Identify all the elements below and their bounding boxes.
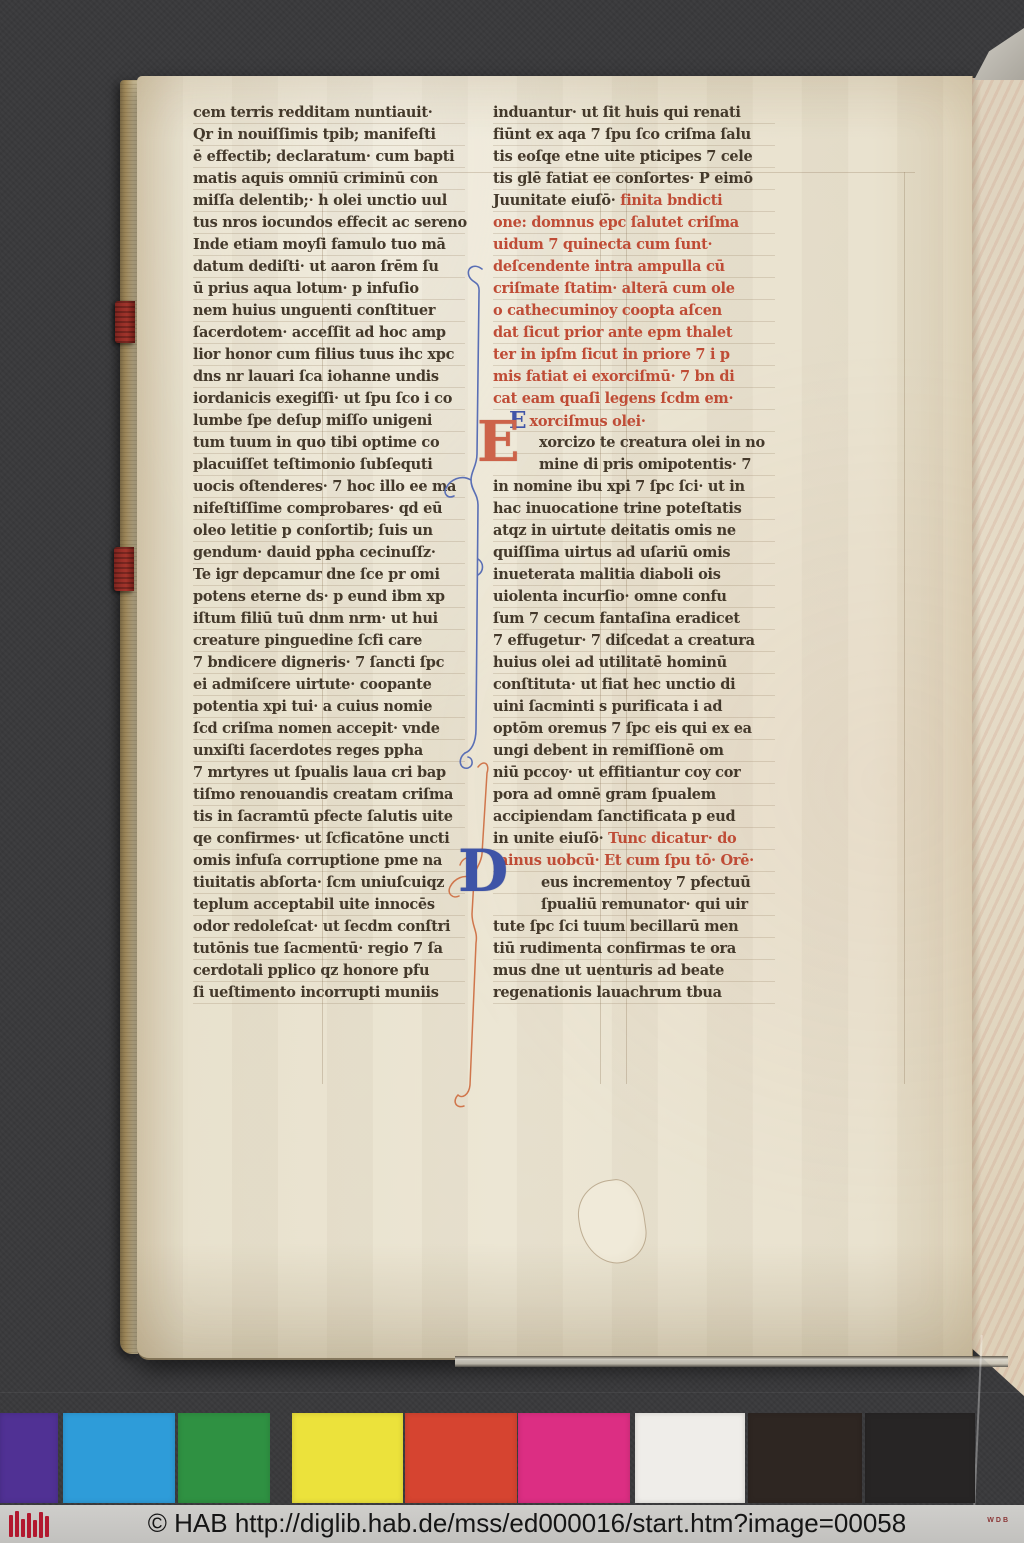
hab-logo-bar <box>33 1520 37 1537</box>
manuscript-text-line: Juunitate eiuſō· finita bndicti <box>493 190 775 212</box>
manuscript-text-segment: ſi ueſtimento incorrupti muniis <box>193 984 439 1001</box>
manuscript-text-segment: fiūnt ex aqa 7 ſpu ſco criſma ſalu <box>493 126 751 143</box>
manuscript-text-segment: induantur· ut ſit huis qui renati <box>493 104 741 121</box>
manuscript-text-segment: tis eoſqe etne uite pticipes 7 cele <box>493 148 752 165</box>
manuscript-text-segment: 7 bndicere digneris· 7 ſancti ſpc <box>193 654 444 671</box>
manuscript-text-segment: ū prius aqua lotum· p infuſio <box>193 280 419 297</box>
manuscript-text-segment: odor redoleſcat· ut ſecdm conſtri <box>193 918 450 935</box>
manuscript-text-line: tis in ſacramtū pfecte ſalutis uite <box>193 806 465 828</box>
glass-edge-seam-horizontal <box>0 1392 1024 1393</box>
manuscript-text-line: lior honor cum filius tuus ihc xpc <box>193 344 465 366</box>
manuscript-text-line: odor redoleſcat· ut ſecdm conſtri <box>193 916 465 938</box>
color-swatch-blue <box>63 1413 175 1503</box>
manuscript-text-line: iſtum filiū tuū dnm nrm· ut hui <box>193 608 465 630</box>
manuscript-text-segment: ſpualiū remunator· qui uir <box>541 896 748 913</box>
manuscript-text-segment: datum dediſti· ut aaron ſrēm ſu <box>193 258 439 275</box>
book-fore-edge <box>972 78 1024 1396</box>
manuscript-text-segment: ſcd criſma nomen accepit· vnde <box>193 720 440 737</box>
manuscript-text-line: induantur· ut ſit huis qui renati <box>493 102 775 124</box>
manuscript-text-line: ſacerdotem· acceſſit ad hoc amp <box>193 322 465 344</box>
manuscript-text-segment: one: domnus epc ſalutet criſma <box>493 214 739 231</box>
color-swatch-yellow <box>292 1413 403 1503</box>
color-swatch-white <box>635 1413 745 1503</box>
color-calibration-bar <box>0 1413 1024 1505</box>
color-swatch-red <box>405 1413 517 1503</box>
manuscript-text-segment: iordanicis exegiſſi· ut ſpu ſco i co <box>193 390 452 407</box>
manuscript-text-line: tiuitatis abſorta· ſcm uniuſcuiqz <box>193 872 465 894</box>
color-swatch-magenta <box>518 1413 630 1503</box>
hab-logo-icon <box>9 1511 51 1539</box>
manuscript-text-line: tis glē fatiat ee conſortes· P eimō <box>493 168 775 190</box>
manuscript-text-segment: 7 mrtyres ut ſpualis laua cri bap <box>193 764 446 781</box>
manuscript-text-line: ſi ueſtimento incorrupti muniis <box>193 982 465 1004</box>
copyright-caption: © HAB http://diglib.hab.de/mss/ed000016/… <box>70 1508 984 1539</box>
manuscript-text-line: cerdotali pplico qz honore pfu <box>193 960 465 982</box>
manuscript-text-line: ū prius aqua lotum· p infuſio <box>193 278 465 300</box>
manuscript-text-segment: tiuitatis abſorta· ſcm uniuſcuiqz <box>193 874 444 891</box>
manuscript-text-segment: Inde etiam moyſi famulo tuo mā <box>193 236 446 253</box>
manuscript-text-line: tum tuum in quo tibi optime co <box>193 432 465 454</box>
manuscript-text-segment: qe confirmes· ut ſcficatōne uncti <box>193 830 449 847</box>
manuscript-text-line: 7 bndicere digneris· 7 ſancti ſpc <box>193 652 465 674</box>
manuscript-text-line: cem terris redditam nuntiauit· <box>193 102 465 124</box>
manuscript-text-segment: iſtum filiū tuū dnm nrm· ut hui <box>193 610 438 627</box>
manuscript-text-segment: cerdotali pplico qz honore pfu <box>193 962 429 979</box>
blue-lombard-initial-D: D <box>458 842 508 900</box>
page-bottom-edge-highlight <box>455 1356 1008 1367</box>
manuscript-text-line: one: domnus epc ſalutet criſma <box>493 212 775 234</box>
manuscript-text-segment: ſacerdotem· acceſſit ad hoc amp <box>193 324 446 341</box>
manuscript-text-segment: Tunc dicatur· do <box>608 830 736 847</box>
manuscript-text-segment: tiſmo renouandis creatam criſma <box>193 786 453 803</box>
red-lombard-initial-E: E <box>477 414 520 470</box>
manuscript-text-segment: unxiſti ſacerdotes reges ppha <box>193 742 423 759</box>
manuscript-text-segment: Qr in nouiſſimis tpib; manifeſti <box>193 126 436 143</box>
manuscript-text-line: omis infuſa corruptione pme na <box>193 850 465 872</box>
manuscript-text-segment: uocis oſtenderes· 7 hoc illo ee ma <box>193 478 456 495</box>
ruling-line-vertical <box>904 172 905 1084</box>
manuscript-text-segment: matis aquis omniū criminū con <box>193 170 438 187</box>
manuscript-text-line: ē effectib; declaratum· cum bapti <box>193 146 465 168</box>
digitized-manuscript-photo: cem terris redditam nuntiauit·Qr in noui… <box>0 0 1024 1543</box>
manuscript-text-segment: Te igr depcamur dne ſce pr omi <box>193 566 440 583</box>
manuscript-text-segment: oleo letitie p conſortib; ſuis un <box>193 522 433 539</box>
manuscript-text-segment: lumbe ſpe deſup miſſo unigeni <box>193 412 432 429</box>
manuscript-text-line: qe confirmes· ut ſcficatōne uncti <box>193 828 465 850</box>
manuscript-text-segment: nem huius unguenti conſtituer <box>193 302 435 319</box>
manuscript-text-segment: mine di pris omipotentis· 7 <box>539 456 751 473</box>
manuscript-text-segment: tutōnis tue ſacmentū· regio 7 ſa <box>193 940 443 957</box>
manuscript-text-segment: tum tuum in quo tibi optime co <box>193 434 439 451</box>
manuscript-text-line: fiūnt ex aqa 7 ſpu ſco criſma ſalu <box>493 124 775 146</box>
hab-logo-bar <box>39 1512 43 1538</box>
hab-logo-bar <box>21 1519 25 1537</box>
manuscript-text-line: datum dediſti· ut aaron ſrēm ſu <box>193 256 465 278</box>
manuscript-text-line: ſcd criſma nomen accepit· vnde <box>193 718 465 740</box>
manuscript-text-line: miſſa delentib;· h olei unctio uul <box>193 190 465 212</box>
manuscript-text-line: lumbe ſpe deſup miſſo unigeni <box>193 410 465 432</box>
hab-logo-bar <box>27 1513 31 1538</box>
manuscript-text-line: iordanicis exegiſſi· ut ſpu ſco i co <box>193 388 465 410</box>
text-column-left: cem terris redditam nuntiauit·Qr in noui… <box>193 102 465 1006</box>
manuscript-text-segment: tus nros iocundos effecit ac sereno <box>193 214 467 231</box>
manuscript-text-line: creature pinguedine ſcfi care <box>193 630 465 652</box>
manuscript-text-segment: nifeſtiſſime comprobares· qd eū <box>193 500 442 517</box>
manuscript-text-segment: creature pinguedine ſcfi care <box>193 632 422 649</box>
manuscript-text-segment: cem terris redditam nuntiauit· <box>193 104 433 121</box>
manuscript-text-segment: tis glē fatiat ee conſortes· P eimō <box>493 170 753 187</box>
manuscript-text-segment: xorcizo te creatura olei in no <box>539 434 765 451</box>
manuscript-text-line: nem huius unguenti conſtituer <box>193 300 465 322</box>
manuscript-text-line: matis aquis omniū criminū con <box>193 168 465 190</box>
manuscript-text-segment: uidum 7 quinecta cum ſunt· <box>493 236 712 253</box>
manuscript-text-line: tis eoſqe etne uite pticipes 7 cele <box>493 146 775 168</box>
manuscript-text-segment: Juunitate eiuſō· <box>493 192 620 209</box>
manuscript-text-line: tiſmo renouandis creatam criſma <box>193 784 465 806</box>
manuscript-text-line: tus nros iocundos effecit ac sereno <box>193 212 465 234</box>
manuscript-text-line: Qr in nouiſſimis tpib; manifeſti <box>193 124 465 146</box>
manuscript-text-line: nifeſtiſſime comprobares· qd eū <box>193 498 465 520</box>
manuscript-text-line: gendum· dauid ppha cecinuſſz· <box>193 542 465 564</box>
manuscript-text-segment: potens eterne ds· p eund ibm xp <box>193 588 445 605</box>
caption-bar: © HAB http://diglib.hab.de/mss/ed000016/… <box>0 1505 1024 1543</box>
manuscript-text-segment: potentia xpi tui· a cuius nomie <box>193 698 432 715</box>
color-swatch-black <box>865 1413 975 1503</box>
color-swatch-dark-brown <box>748 1413 862 1503</box>
color-swatch-green <box>178 1413 270 1503</box>
book-page-stack-edge <box>120 80 138 1354</box>
manuscript-text-segment: tis in ſacramtū pfecte ſalutis uite <box>193 808 453 825</box>
manuscript-text-line: potens eterne ds· p eund ibm xp <box>193 586 465 608</box>
manuscript-text-segment: ē effectib; declaratum· cum bapti <box>193 148 454 165</box>
manuscript-text-line: uidum 7 quinecta cum ſunt· <box>493 234 775 256</box>
manuscript-text-line: tutōnis tue ſacmentū· regio 7 ſa <box>193 938 465 960</box>
manuscript-text-line: uocis oſtenderes· 7 hoc illo ee ma <box>193 476 465 498</box>
background-corner-wedge <box>974 28 1024 80</box>
manuscript-text-line: teplum acceptabil uite innocēs <box>193 894 465 916</box>
penwork-flourish-decoration <box>438 259 548 1109</box>
manuscript-text-line: 7 mrtyres ut ſpualis laua cri bap <box>193 762 465 784</box>
manuscript-text-segment: omis infuſa corruptione pme na <box>193 852 442 869</box>
red-index-tab <box>114 547 134 591</box>
manuscript-text-segment: gendum· dauid ppha cecinuſſz· <box>193 544 436 561</box>
manuscript-text-line: dns nr lauari ſca iohanne undis <box>193 366 465 388</box>
manuscript-text-segment: eus incrementoy 7 pfectuū <box>541 874 751 891</box>
manuscript-text-segment: teplum acceptabil uite innocēs <box>193 896 435 913</box>
manuscript-text-segment: placuiſſet teſtimonio ſubſequti <box>193 456 433 473</box>
manuscript-text-segment: lior honor cum filius tuus ihc xpc <box>193 346 454 363</box>
red-index-tab <box>115 301 135 343</box>
manuscript-text-line: Inde etiam moyſi famulo tuo mā <box>193 234 465 256</box>
manuscript-text-line: Te igr depcamur dne ſce pr omi <box>193 564 465 586</box>
manuscript-text-segment: ei admiſcere uirtute· coopante <box>193 676 432 693</box>
manuscript-text-segment: finita bndicti <box>620 192 722 209</box>
manuscript-text-line: placuiſſet teſtimonio ſubſequti <box>193 454 465 476</box>
hab-logo-bar <box>45 1516 49 1537</box>
manuscript-text-line: oleo letitie p conſortib; ſuis un <box>193 520 465 542</box>
hab-logo-bar <box>9 1515 13 1537</box>
hab-logo-bar <box>15 1511 19 1537</box>
manuscript-text-line: unxiſti ſacerdotes reges ppha <box>193 740 465 762</box>
manuscript-text-line: ei admiſcere uirtute· coopante <box>193 674 465 696</box>
manuscript-text-segment: miſſa delentib;· h olei unctio uul <box>193 192 447 209</box>
color-swatch-purple <box>0 1413 58 1503</box>
wdb-watermark: WDB <box>987 1517 1010 1524</box>
manuscript-text-line: potentia xpi tui· a cuius nomie <box>193 696 465 718</box>
manuscript-text-segment: dns nr lauari ſca iohanne undis <box>193 368 439 385</box>
